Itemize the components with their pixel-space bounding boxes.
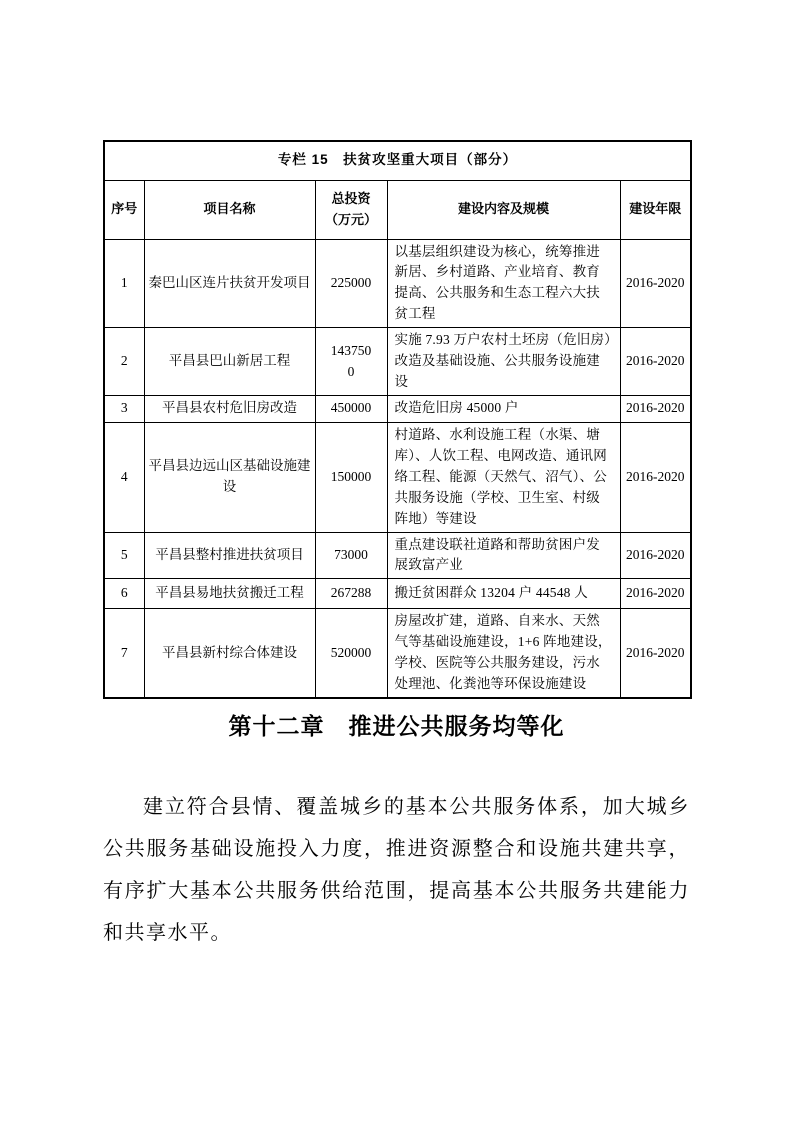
col-header-investment-line2: （万元） <box>316 210 387 230</box>
investment-value: 225000 <box>331 273 372 294</box>
investment-value: 267288 <box>331 583 372 604</box>
col-header-investment-line1: 总投资 <box>316 189 387 209</box>
cell-investment: 520000 <box>315 609 387 698</box>
cell-investment: 73000 <box>315 532 387 579</box>
col-header-investment: 总投资 （万元） <box>315 180 387 239</box>
table-title-row: 专栏 15 扶贫攻坚重大项目（部分） <box>104 141 691 180</box>
col-header-index: 序号 <box>104 180 144 239</box>
table-row: 1 秦巴山区连片扶贫开发项目 225000 以基层组织建设为核心，统筹推进新居、… <box>104 239 691 328</box>
cell-project-name: 平昌县新村综合体建设 <box>144 609 315 698</box>
cell-project-name: 平昌县边远山区基础设施建设 <box>144 422 315 532</box>
table-title: 专栏 15 扶贫攻坚重大项目（部分） <box>104 141 691 180</box>
investment-value: 520000 <box>331 643 372 664</box>
investment-value: 73000 <box>334 545 368 566</box>
investment-value: 150000 <box>331 467 372 488</box>
cell-content: 搬迁贫困群众 13204 户 44548 人 <box>387 579 620 609</box>
cell-project-name: 平昌县农村危旧房改造 <box>144 395 315 422</box>
cell-content: 村道路、水利设施工程（水渠、塘库）、人饮工程、电网改造、通讯网络工程、能源（天然… <box>387 422 620 532</box>
project-table-container: 专栏 15 扶贫攻坚重大项目（部分） 序号 项目名称 总投资 （万元） 建设内容… <box>103 140 690 699</box>
cell-index: 5 <box>104 532 144 579</box>
cell-content: 房屋改扩建，道路、自来水、天然气等基础设施建设，1+6 阵地建设，学校、医院等公… <box>387 609 620 698</box>
cell-investment: 1437500 <box>315 328 387 396</box>
poverty-alleviation-projects-table: 专栏 15 扶贫攻坚重大项目（部分） 序号 项目名称 总投资 （万元） 建设内容… <box>103 140 692 699</box>
table-row: 6 平昌县易地扶贫搬迁工程 267288 搬迁贫困群众 13204 户 4454… <box>104 579 691 609</box>
cell-project-name: 秦巴山区连片扶贫开发项目 <box>144 239 315 328</box>
cell-investment: 267288 <box>315 579 387 609</box>
cell-years: 2016-2020 <box>620 239 691 328</box>
cell-years: 2016-2020 <box>620 609 691 698</box>
col-header-years: 建设年限 <box>620 180 691 239</box>
investment-value: 450000 <box>331 398 372 419</box>
cell-years: 2016-2020 <box>620 579 691 609</box>
col-header-content: 建设内容及规模 <box>387 180 620 239</box>
col-header-name: 项目名称 <box>144 180 315 239</box>
cell-investment: 450000 <box>315 395 387 422</box>
cell-index: 2 <box>104 328 144 396</box>
cell-years: 2016-2020 <box>620 328 691 396</box>
cell-content: 实施 7.93 万户农村土坯房（危旧房）改造及基础设施、公共服务设施建设 <box>387 328 620 396</box>
cell-index: 1 <box>104 239 144 328</box>
cell-index: 4 <box>104 422 144 532</box>
table-row: 7 平昌县新村综合体建设 520000 房屋改扩建，道路、自来水、天然气等基础设… <box>104 609 691 698</box>
cell-years: 2016-2020 <box>620 532 691 579</box>
investment-value: 1437500 <box>330 341 372 383</box>
cell-project-name: 平昌县巴山新居工程 <box>144 328 315 396</box>
cell-project-name: 平昌县整村推进扶贫项目 <box>144 532 315 579</box>
cell-investment: 225000 <box>315 239 387 328</box>
cell-content: 以基层组织建设为核心，统筹推进新居、乡村道路、产业培育、教育提高、公共服务和生态… <box>387 239 620 328</box>
cell-years: 2016-2020 <box>620 422 691 532</box>
cell-content: 改造危旧房 45000 户 <box>387 395 620 422</box>
table-row: 2 平昌县巴山新居工程 1437500 实施 7.93 万户农村土坯房（危旧房）… <box>104 328 691 396</box>
cell-index: 3 <box>104 395 144 422</box>
cell-index: 7 <box>104 609 144 698</box>
table-row: 5 平昌县整村推进扶贫项目 73000 重点建设联社道路和帮助贫困户发展致富产业… <box>104 532 691 579</box>
cell-index: 6 <box>104 579 144 609</box>
table-row: 3 平昌县农村危旧房改造 450000 改造危旧房 45000 户 2016-2… <box>104 395 691 422</box>
cell-project-name: 平昌县易地扶贫搬迁工程 <box>144 579 315 609</box>
cell-years: 2016-2020 <box>620 395 691 422</box>
cell-content: 重点建设联社道路和帮助贫困户发展致富产业 <box>387 532 620 579</box>
table-row: 4 平昌县边远山区基础设施建设 150000 村道路、水利设施工程（水渠、塘库）… <box>104 422 691 532</box>
body-paragraph: 建立符合县情、覆盖城乡的基本公共服务体系，加大城乡公共服务基础设施投入力度，推进… <box>103 786 690 954</box>
table-header-row: 序号 项目名称 总投资 （万元） 建设内容及规模 建设年限 <box>104 180 691 239</box>
document-page: 专栏 15 扶贫攻坚重大项目（部分） 序号 项目名称 总投资 （万元） 建设内容… <box>0 0 793 1122</box>
cell-investment: 150000 <box>315 422 387 532</box>
chapter-heading: 第十二章 推进公共服务均等化 <box>0 708 793 741</box>
